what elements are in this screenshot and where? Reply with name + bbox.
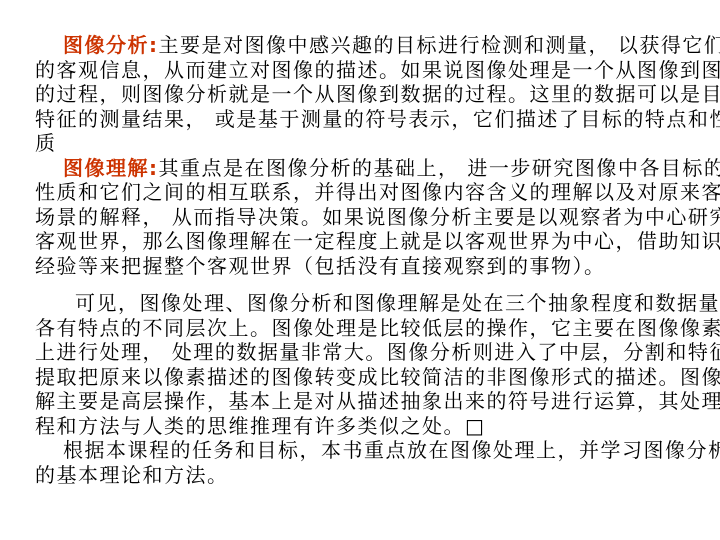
line-text: 程和方法与人类的思维推理有许多类似之处。□ — [35, 414, 485, 438]
text-line: 的客观信息，从而建立对图像的描述。如果说图像处理是一个从图像到图像 — [35, 58, 695, 83]
text-line: 性质和它们之间的相互联系，并得出对图像内容含义的理解以及对原来客观 — [35, 180, 695, 205]
line-text: 场景的解释， 从而指导决策。如果说图像分析主要是以观察者为中心研究 — [35, 205, 720, 229]
text-line: 可见，图像处理、图像分析和图像理解是处在三个抽象程度和数据量 — [35, 291, 695, 316]
text-line: 场景的解释， 从而指导决策。如果说图像分析主要是以观察者为中心研究 — [35, 205, 695, 230]
line-text: 解主要是高层操作，基本上是对从描述抽象出来的符号进行运算，其处理过 — [35, 389, 720, 413]
term-label: 图像分析: — [63, 33, 159, 57]
line-text: 的过程，则图像分析就是一个从图像到数据的过程。这里的数据可以是目标 — [35, 82, 720, 106]
paragraph-course-focus: 根据本课程的任务和目标，本书重点放在图像处理上，并学习图像分析的基本理论和方法。 — [35, 438, 695, 487]
line-text: 质 — [35, 131, 57, 155]
line-text: 各有特点的不同层次上。图像处理是比较低层的操作，它主要在图像像素级 — [35, 316, 720, 340]
text-line: 提取把原来以像素描述的图像转变成比较简洁的非图像形式的描述。图像理 — [35, 365, 695, 390]
line-text: 性质和它们之间的相互联系，并得出对图像内容含义的理解以及对原来客观 — [35, 180, 720, 204]
line-text: 主要是对图像中感兴趣的目标进行检测和测量， 以获得它们 — [159, 33, 720, 57]
text-line: 图像分析:主要是对图像中感兴趣的目标进行检测和测量， 以获得它们 — [35, 33, 695, 58]
line-text: 提取把原来以像素描述的图像转变成比较简洁的非图像形式的描述。图像理 — [35, 365, 720, 389]
line-text: 根据本课程的任务和目标，本书重点放在图像处理上，并学习图像分析 — [63, 438, 720, 462]
line-text: 上进行处理， 处理的数据量非常大。图像分析则进入了中层，分割和特征 — [35, 340, 720, 364]
slide-body-text: 图像分析:主要是对图像中感兴趣的目标进行检测和测量， 以获得它们的客观信息，从而… — [35, 33, 695, 487]
text-line: 根据本课程的任务和目标，本书重点放在图像处理上，并学习图像分析 — [35, 438, 695, 463]
line-text: 其重点是在图像分析的基础上， 进一步研究图像中各目标的 — [159, 156, 720, 180]
text-line: 质 — [35, 131, 695, 156]
term-label: 图像理解: — [63, 156, 159, 180]
text-line: 各有特点的不同层次上。图像处理是比较低层的操作，它主要在图像像素级 — [35, 316, 695, 341]
text-line: 经验等来把握整个客观世界（包括没有直接观察到的事物）。 — [35, 254, 695, 279]
text-line: 解主要是高层操作，基本上是对从描述抽象出来的符号进行运算，其处理过 — [35, 389, 695, 414]
text-line: 图像理解:其重点是在图像分析的基础上， 进一步研究图像中各目标的 — [35, 156, 695, 181]
paragraph-image-understanding-definition: 图像理解:其重点是在图像分析的基础上， 进一步研究图像中各目标的性质和它们之间的… — [35, 156, 695, 279]
line-text: 的客观信息，从而建立对图像的描述。如果说图像处理是一个从图像到图像 — [35, 58, 720, 82]
text-line: 的基本理论和方法。 — [35, 463, 695, 488]
text-line: 特征的测量结果， 或是基于测量的符号表示，它们描述了目标的特点和性 — [35, 107, 695, 132]
text-line: 上进行处理， 处理的数据量非常大。图像分析则进入了中层，分割和特征 — [35, 340, 695, 365]
line-text: 客观世界，那么图像理解在一定程度上就是以客观世界为中心，借助知识、 — [35, 229, 720, 253]
line-text: 的基本理论和方法。 — [35, 463, 229, 487]
slide-canvas: 图像分析:主要是对图像中感兴趣的目标进行检测和测量， 以获得它们的客观信息，从而… — [0, 0, 720, 540]
paragraph-three-levels-comparison: 可见，图像处理、图像分析和图像理解是处在三个抽象程度和数据量各有特点的不同层次上… — [35, 291, 695, 438]
line-text: 经验等来把握整个客观世界（包括没有直接观察到的事物）。 — [35, 254, 606, 278]
text-line: 程和方法与人类的思维推理有许多类似之处。□ — [35, 414, 695, 439]
line-text: 可见，图像处理、图像分析和图像理解是处在三个抽象程度和数据量 — [75, 291, 720, 315]
line-text: 特征的测量结果， 或是基于测量的符号表示，它们描述了目标的特点和性 — [35, 107, 720, 131]
text-line: 的过程，则图像分析就是一个从图像到数据的过程。这里的数据可以是目标 — [35, 82, 695, 107]
text-line: 客观世界，那么图像理解在一定程度上就是以客观世界为中心，借助知识、 — [35, 229, 695, 254]
paragraph-image-analysis-definition: 图像分析:主要是对图像中感兴趣的目标进行检测和测量， 以获得它们的客观信息，从而… — [35, 33, 695, 156]
